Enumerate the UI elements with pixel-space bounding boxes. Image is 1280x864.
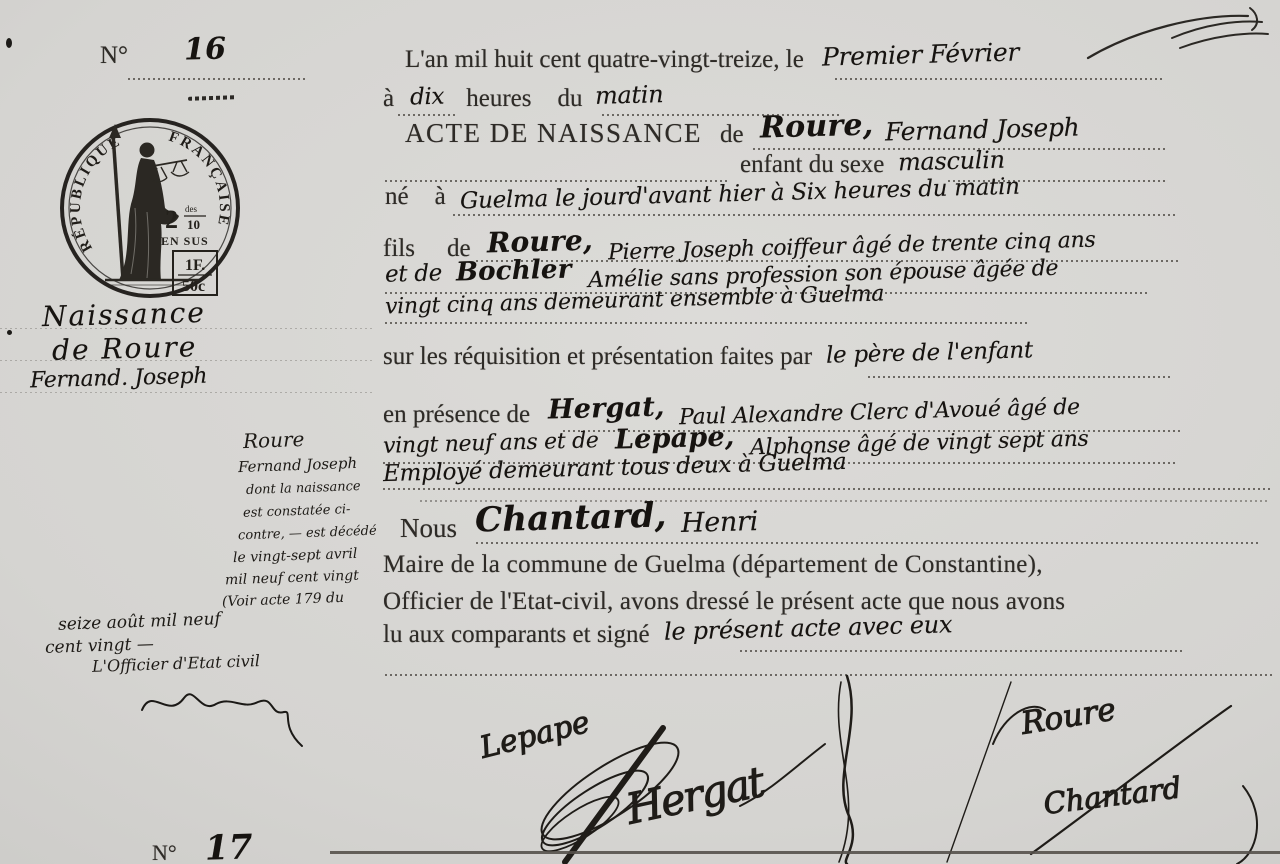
handwritten-witness-residence: Employé demeurant tous deux à Guelma (383, 449, 847, 487)
seal-tax-values: 2 des 10 EN SUS 1F. 50c (161, 204, 217, 295)
margin-note-line: contre, — est décédé (238, 524, 377, 544)
seal-sus-num: 2 (165, 205, 178, 234)
signature-flourish-tall (838, 676, 852, 864)
printed-text: Officier de l'Etat-civil, avons dressé l… (383, 588, 1065, 615)
acte-line-birthplace: né à Guelma le jourd'avant hier à Six he… (385, 183, 1019, 211)
margin-title-naissance: Naissance (42, 296, 207, 333)
margin-note-line: seize août mil neuf (58, 609, 221, 635)
handwritten-witness2-surname: Lepape, (614, 421, 734, 455)
margin-title-fernand-joseph: Fernand. Joseph (30, 364, 208, 394)
printed-text: lu aux comparants et signé (383, 621, 650, 648)
seal-sus-den: 10 (187, 217, 200, 232)
signature-roure: Roure (1018, 691, 1119, 742)
printed-text: de (720, 121, 744, 148)
handwritten-father-surname: Roure, (486, 224, 593, 260)
handwritten-residence: vingt cinq ans demeurant ensemble à Guel… (385, 281, 885, 319)
signature-hergat: Hergat (621, 757, 770, 834)
section-separator-line (330, 851, 1280, 854)
handwritten-witness1-surname: Hergat, (548, 391, 665, 425)
acte-line-title: ACTE DE NAISSANCE de Roure, Fernand Jose… (405, 115, 1079, 150)
printed-text: heures (466, 85, 531, 112)
margin-note-line: dont la naissance (246, 479, 361, 498)
acte-line-year: L'an mil huit cent quatre-vingt-treize, … (405, 44, 1019, 74)
handwritten-hour: dix (410, 84, 445, 111)
margin-officer-signature (130, 668, 320, 753)
handwritten-mother-surname: Bochler (456, 254, 572, 287)
printed-text: en présence de (383, 401, 530, 428)
margin-note-line: est constatée ci- (243, 502, 351, 521)
margin-title-de-roure: de Roure (52, 330, 198, 367)
dotted-rule (868, 376, 1173, 378)
handwritten-declarant: le père de l'enfant (826, 337, 1033, 368)
ink-speck (6, 38, 12, 48)
margin-note-line: Roure (243, 427, 305, 453)
acte-number: 16 (184, 31, 227, 67)
dotted-rule (453, 214, 1175, 216)
acte-line-residence: vingt cinq ans demeurant ensemble à Guel… (385, 288, 884, 313)
acte-line-officer: Nous Chantard, Henri (400, 506, 758, 546)
printed-text: à (435, 183, 446, 210)
acte-line-requisition: sur les réquisition et présentation fait… (383, 343, 1033, 371)
seal-sus-sup: des (185, 204, 197, 214)
printed-text: Nous (400, 513, 457, 543)
revenue-stamp-seal: RÉPUBLIQUE FRANÇAISE 2 des 10 EN SUS 1F.… (57, 112, 243, 304)
handwritten-mayor-given-name: Henri (680, 506, 758, 539)
seal-price-top: 1F. (185, 257, 205, 274)
acte-line-officier-civil: Officier de l'Etat-civil, avons dressé l… (383, 588, 1065, 616)
seal-price-bottom: 50c (182, 278, 205, 295)
next-acte-number: 17 (204, 827, 253, 864)
dotted-rule (476, 542, 1258, 544)
margin-note-line: Fernand Joseph (238, 454, 358, 476)
printed-text: à (383, 85, 394, 112)
dotted-rule (385, 322, 1030, 324)
dotted-rule (740, 650, 1185, 652)
margin-note-line: mil neuf cent vingt (225, 568, 359, 589)
acte-line-witness-residence: Employé demeurant tous deux à Guelma (383, 455, 846, 481)
dotted-rule (835, 78, 1165, 80)
handwritten-text: et de (385, 260, 443, 287)
acte-line-mayor-title: Maire de la commune de Guelma (départeme… (383, 551, 1043, 579)
signature-flourish (947, 682, 1011, 862)
acte-number-label: N° (100, 42, 128, 70)
dotted-rule (128, 78, 308, 80)
handwritten-sex: masculin (898, 146, 1005, 177)
printed-text: né (385, 183, 409, 210)
acte-line-hour: à dix heures du matin (383, 84, 663, 113)
printed-text: du (558, 85, 583, 112)
acte-line-mother: et de Bochler Amélie sans profession son… (385, 258, 1058, 288)
birth-certificate-scan: N° 16 RÉPUBLIQUE FRANÇAISE 2 des 10 EN S… (0, 0, 1280, 864)
handwritten-date: Premier Février (821, 37, 1019, 71)
pen-flourish-top-right (1080, 0, 1280, 65)
handwritten-period: matin (594, 80, 663, 110)
squiggle-mark (188, 95, 236, 101)
printed-text: L'an mil huit cent quatre-vingt-treize, … (405, 46, 804, 73)
handwritten-mayor-surname: Chantard, (475, 495, 668, 540)
next-acte-number-label: N° (152, 840, 177, 864)
margin-note-line: (Voir acte 179 du (222, 590, 345, 610)
handwritten-surname: Roure, (759, 108, 873, 146)
printed-text: enfant du sexe (740, 151, 884, 178)
signature-lepape: Lepape (475, 705, 593, 766)
dotted-rule (383, 488, 1271, 490)
signatures-block: Lepape Hergat Roure Chantard (395, 676, 1280, 864)
ink-speck (7, 330, 12, 335)
printed-text: Maire de la commune de Guelma (départeme… (383, 551, 1043, 578)
printed-text: sur les réquisition et présentation fait… (383, 343, 812, 370)
acte-line-signed: lu aux comparants et signé le présent ac… (383, 620, 952, 649)
seal-sus-word: EN SUS (161, 234, 209, 248)
acte-title: ACTE DE NAISSANCE (405, 118, 702, 148)
handwritten-witness1-details: Paul Alexandre Clerc d'Avoué âgé de (678, 395, 1079, 430)
signature-chantard: Chantard (1042, 770, 1183, 821)
handwritten-given-names: Fernand Joseph (885, 112, 1080, 146)
margin-note-line: le vingt-sept avril (233, 546, 358, 566)
